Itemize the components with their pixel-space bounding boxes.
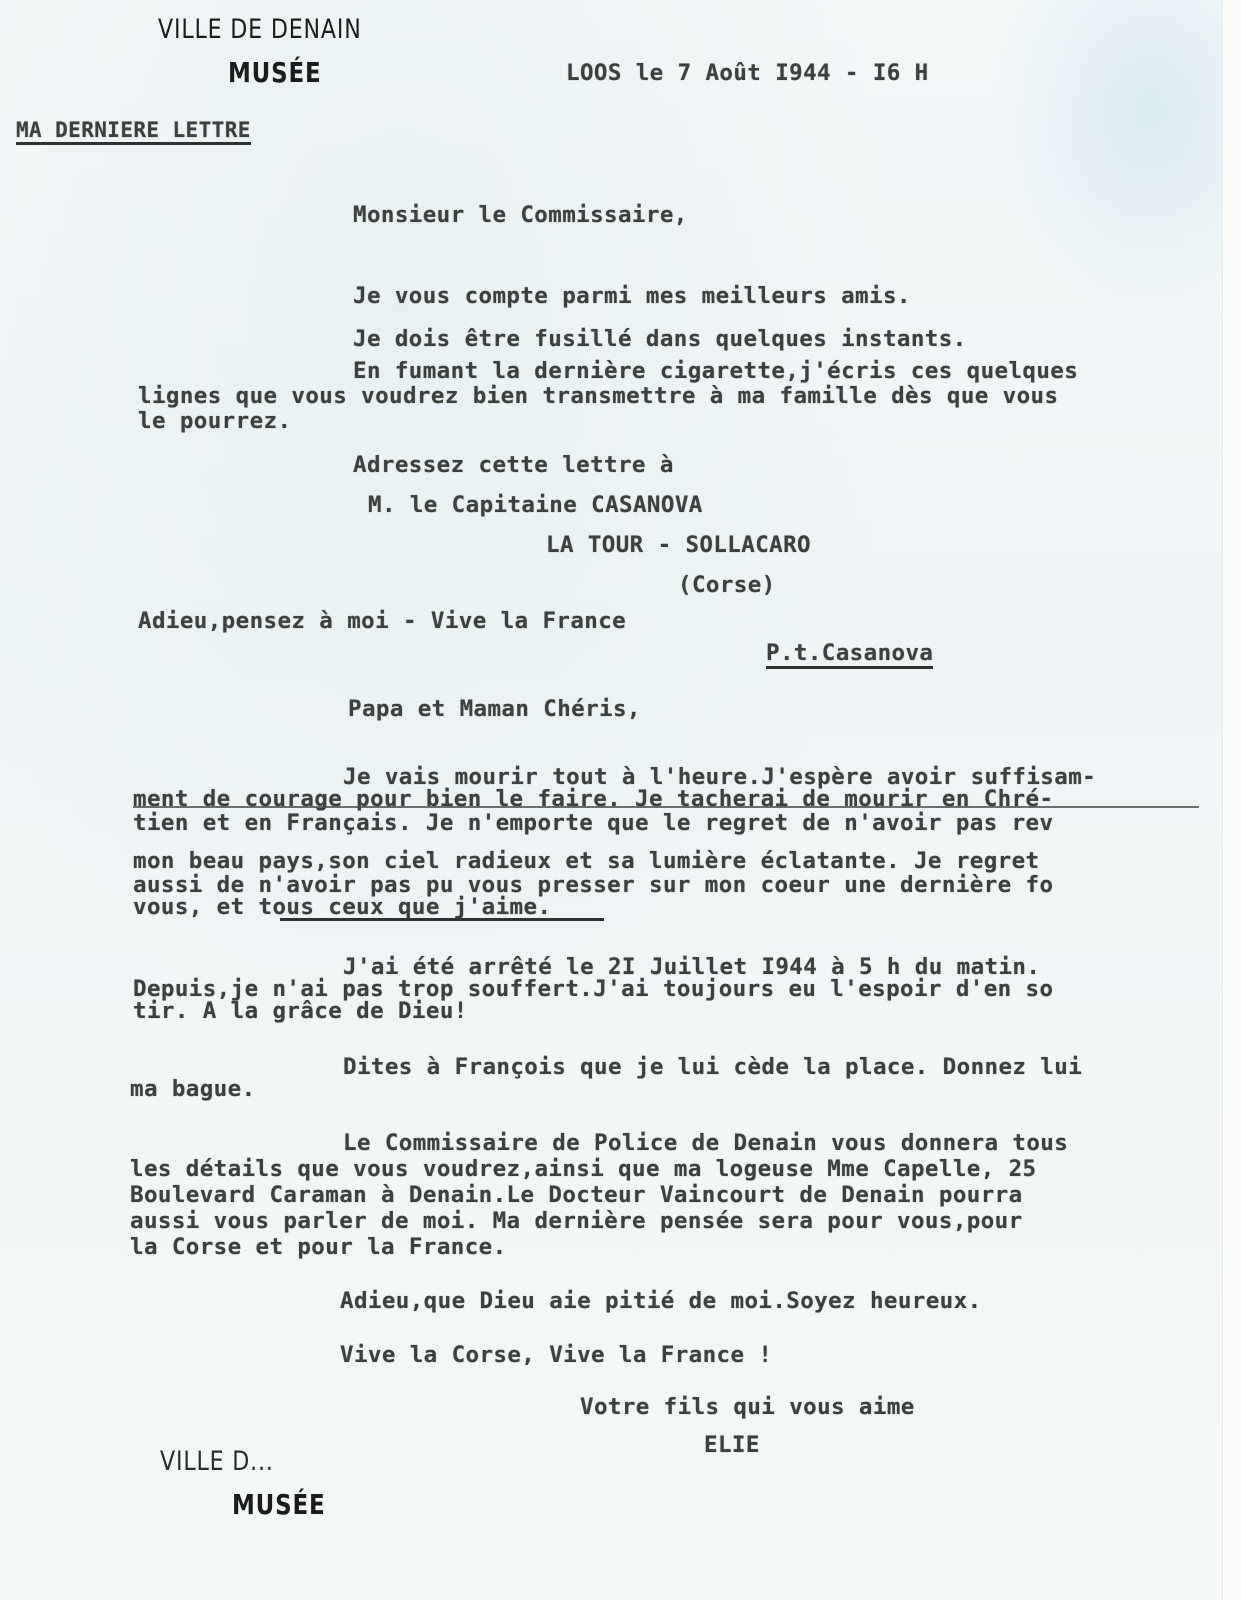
text-line: Le Commissaire de Police de Denain vous … xyxy=(343,1132,1068,1155)
page-edge xyxy=(1222,0,1241,1600)
text-line: Je vous compte parmi mes meilleurs amis. xyxy=(353,285,911,308)
text-line: les détails que vous voudrez,ainsi que m… xyxy=(130,1158,1037,1181)
salutation-parents: Papa et Maman Chéris, xyxy=(348,698,641,721)
place-date: LOOS le 7 Août I944 - I6 H xyxy=(566,62,929,85)
signature-casanova: P.t.Casanova xyxy=(766,642,933,669)
farewell-line: Vive la Corse, Vive la France ! xyxy=(340,1344,772,1367)
farewell-line: Adieu,que Dieu aie pitié de moi.Soyez he… xyxy=(340,1290,982,1313)
address-line: M. le Capitaine CASANOVA xyxy=(368,494,703,517)
stamp-top-city: VILLE DE DENAIN xyxy=(158,14,362,45)
text-line: En fumant la dernière cigarette,j'écris … xyxy=(353,360,1078,383)
closing-commissaire: Adieu,pensez à moi - Vive la France xyxy=(138,610,626,633)
stamp-bottom-museum: MUSÉE xyxy=(232,1488,326,1521)
address-intro: Adressez cette lettre à xyxy=(353,454,674,477)
text-line: la Corse et pour la France. xyxy=(130,1236,507,1259)
text-line: Boulevard Caraman à Denain.Le Docteur Va… xyxy=(130,1184,1023,1207)
text-line: le pourrez. xyxy=(138,410,291,433)
text-line: vous, et tous ceux que j'aime. xyxy=(133,896,551,919)
stamp-bottom-city: VILLE D... xyxy=(160,1446,274,1477)
text-line: tir. A la grâce de Dieu! xyxy=(133,1000,468,1023)
text-line: mon beau pays,son ciel radieux et sa lum… xyxy=(133,850,1040,873)
signature-elie: ELIE xyxy=(704,1434,760,1457)
text-line: lignes que vous voudrez bien transmettre… xyxy=(138,385,1058,408)
sign-off: Votre fils qui vous aime xyxy=(580,1396,915,1419)
address-line: LA TOUR - SOLLACARO xyxy=(546,534,811,557)
text-line: aussi vous parler de moi. Ma dernière pe… xyxy=(130,1210,1023,1233)
salutation-commissaire: Monsieur le Commissaire, xyxy=(353,204,688,227)
text-line: Je dois être fusillé dans quelques insta… xyxy=(353,328,967,351)
text-line: tien et en Français. Je n'emporte que le… xyxy=(133,812,1053,835)
document-title: MA DERNIERE LETTRE xyxy=(16,120,251,145)
address-line: (Corse) xyxy=(678,574,776,597)
stamp-top-museum: MUSÉE xyxy=(228,56,322,89)
strike-through-mark xyxy=(133,806,1199,808)
text-line: Dites à François que je lui cède la plac… xyxy=(343,1056,1082,1079)
underline-mark xyxy=(280,918,604,921)
text-line: ma bague. xyxy=(130,1078,256,1101)
